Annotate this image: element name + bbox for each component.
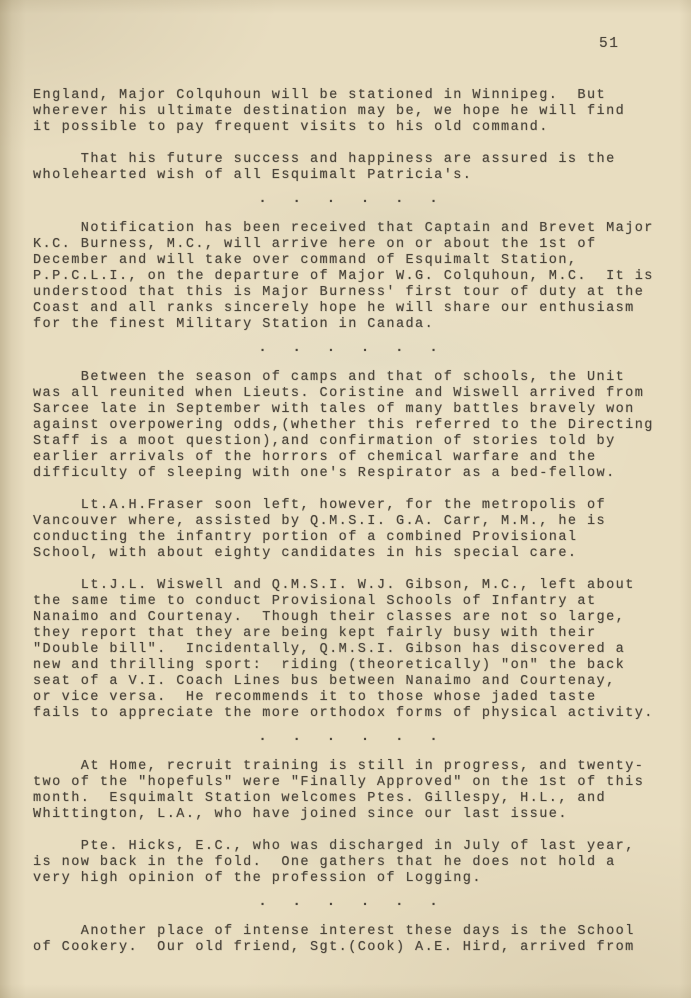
section-separator: . . . . . . <box>33 192 665 208</box>
document-page: 51 England, Major Colquhoun will be stat… <box>0 0 691 998</box>
paragraph: Pte. Hicks, E.C., who was discharged in … <box>33 839 665 887</box>
paragraph: Between the season of camps and that of … <box>33 370 665 482</box>
section-separator: . . . . . . <box>33 895 665 911</box>
paragraph: England, Major Colquhoun will be station… <box>33 88 665 136</box>
paragraph: Notification has been received that Capt… <box>33 221 665 333</box>
section-separator: . . . . . . <box>33 730 665 746</box>
paragraph: Lt.A.H.Fraser soon left, however, for th… <box>33 498 665 562</box>
section-separator: . . . . . . <box>33 341 665 357</box>
paragraph: That his future success and happiness ar… <box>33 152 665 184</box>
paragraph: At Home, recruit training is still in pr… <box>33 759 665 823</box>
paragraph: Lt.J.L. Wiswell and Q.M.S.I. W.J. Gibson… <box>33 578 665 722</box>
paragraph: Another place of intense interest these … <box>33 924 665 956</box>
page-body: England, Major Colquhoun will be station… <box>33 88 665 972</box>
page-number: 51 <box>599 36 619 52</box>
